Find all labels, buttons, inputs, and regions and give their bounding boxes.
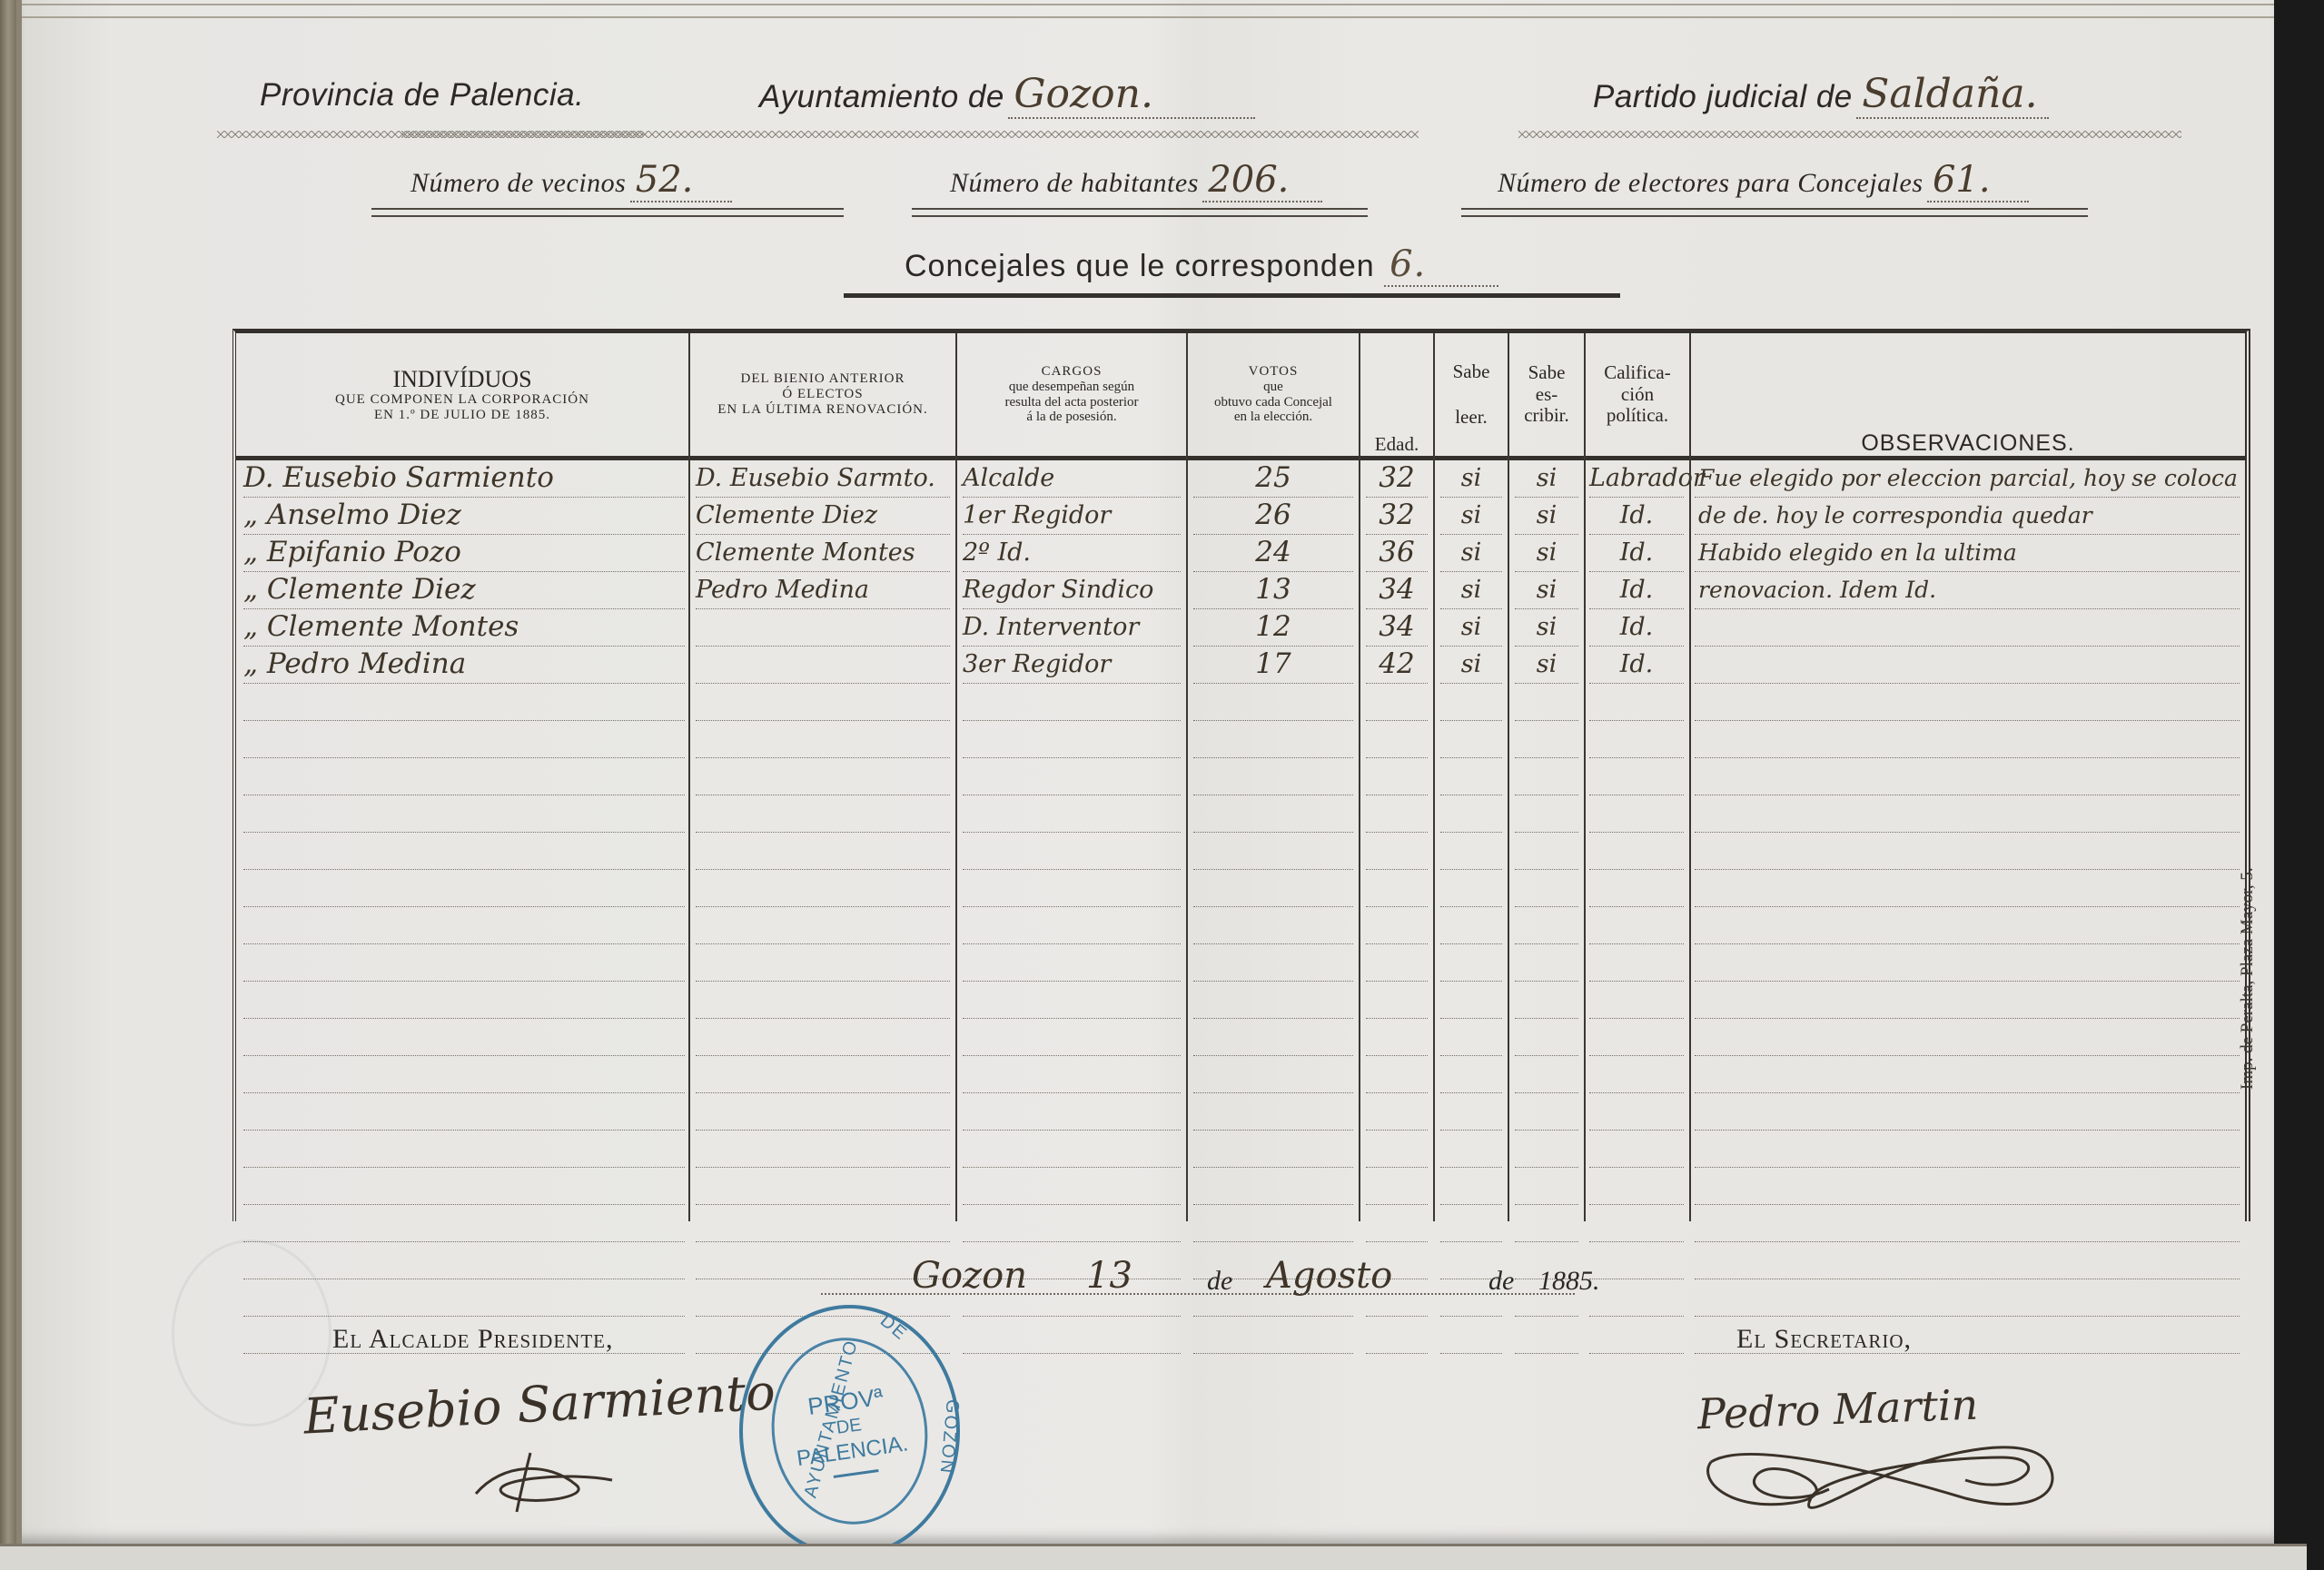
cell-votos <box>1193 1204 1353 1242</box>
cell-votos <box>1193 683 1353 721</box>
cell-cargo: Alcalde <box>963 459 1181 498</box>
cell-cargo <box>963 869 1181 907</box>
page-edge <box>22 4 2274 18</box>
cell-cargo: D. Interventor <box>963 608 1181 647</box>
table-row <box>236 982 2245 1019</box>
cell-calificacion <box>1589 683 1684 721</box>
cell-bienio <box>696 795 950 833</box>
cell-individuo <box>243 720 685 758</box>
cell-edad <box>1366 757 1428 795</box>
cell-observaciones <box>1695 757 2240 795</box>
cell-escribir <box>1515 869 1578 907</box>
cell-individuo <box>243 1204 685 1242</box>
cell-edad <box>1366 1130 1428 1168</box>
col-sabe-leer: Sabe leer. <box>1435 333 1508 456</box>
cell-cargo: 1er Regidor <box>963 497 1181 535</box>
cell-calificacion <box>1589 981 1684 1019</box>
table-row <box>236 684 2245 721</box>
cell-bienio <box>696 1204 950 1242</box>
cell-edad <box>1366 1092 1428 1131</box>
cell-escribir <box>1515 1018 1578 1056</box>
cell-individuo <box>243 1130 685 1168</box>
cell-observaciones <box>1695 869 2240 907</box>
cell-individuo <box>243 683 685 721</box>
cell-leer <box>1440 906 1502 944</box>
col-edad: Edad. <box>1360 333 1433 467</box>
cell-cargo <box>963 757 1181 795</box>
corporation-table: INDIVÍDUOS QUE COMPONEN LA CORPORACIÓN E… <box>232 329 2250 1221</box>
cell-cargo <box>963 943 1181 982</box>
cell-votos <box>1193 720 1353 758</box>
cell-observaciones <box>1695 943 2240 982</box>
cell-calificacion <box>1589 906 1684 944</box>
cell-leer: si <box>1440 608 1502 647</box>
cell-calificacion <box>1589 1130 1684 1168</box>
cell-bienio <box>696 757 950 795</box>
cell-escribir: si <box>1515 608 1578 647</box>
cell-calificacion <box>1589 795 1684 833</box>
cell-leer: si <box>1440 497 1502 535</box>
cell-calificacion <box>1589 1018 1684 1056</box>
cell-leer <box>1440 1092 1502 1131</box>
secretario-title: El Secretario, <box>1736 1324 1912 1355</box>
cell-observaciones <box>1695 646 2240 684</box>
cell-individuo: „ Epifanio Pozo <box>243 534 685 572</box>
date-day: 13 <box>1086 1255 1132 1297</box>
table-row <box>236 944 2245 982</box>
cell-observaciones <box>1695 1241 2240 1279</box>
table-body: D. Eusebio SarmientoD. Eusebio Sarmto.Al… <box>236 460 2245 1221</box>
cell-calificacion <box>1589 1055 1684 1093</box>
municipal-stamp: AYUNTAMIENTO DE GOZON PROVª DE PALENCIA. <box>739 1305 960 1557</box>
cell-individuo: „ Anselmo Diez <box>243 497 685 535</box>
cell-escribir: si <box>1515 459 1578 498</box>
cell-edad <box>1366 832 1428 870</box>
cell-edad <box>1366 943 1428 982</box>
cell-bienio <box>696 1092 950 1131</box>
table-row <box>236 758 2245 795</box>
cell-calificacion <box>1589 1167 1684 1205</box>
cell-votos <box>1193 757 1353 795</box>
cell-leer <box>1440 1130 1502 1168</box>
double-rule <box>371 208 844 217</box>
table-row <box>236 1056 2245 1093</box>
cell-escribir <box>1515 832 1578 870</box>
col-individuos: INDIVÍDUOS QUE COMPONEN LA CORPORACIÓN E… <box>236 333 688 456</box>
cell-leer <box>1440 1018 1502 1056</box>
cell-individuo <box>243 1018 685 1056</box>
cell-calificacion <box>1589 720 1684 758</box>
cell-calificacion: Id. <box>1589 497 1684 535</box>
wavy-rule <box>1518 131 2181 138</box>
date-line: Gozon 13 de Agosto de 1885. <box>821 1251 1611 1302</box>
table-row: D. Eusebio SarmientoD. Eusebio Sarmto.Al… <box>236 460 2245 498</box>
cell-cargo <box>963 683 1181 721</box>
cell-escribir <box>1515 795 1578 833</box>
cell-bienio <box>696 832 950 870</box>
cell-bienio <box>696 646 950 684</box>
cell-escribir <box>1515 720 1578 758</box>
cell-edad <box>1366 1167 1428 1205</box>
cell-individuo <box>243 943 685 982</box>
cell-leer <box>1440 795 1502 833</box>
table-row: „ Epifanio PozoClemente Montes2º Id.2436… <box>236 535 2245 572</box>
cell-bienio <box>696 1018 950 1056</box>
cell-edad <box>1366 1018 1428 1056</box>
cell-escribir <box>1515 1167 1578 1205</box>
cell-observaciones: Fue elegido por eleccion parcial, hoy se… <box>1695 459 2240 498</box>
cell-individuo: „ Pedro Medina <box>243 646 685 684</box>
alcalde-title: El Alcalde Presidente, <box>332 1324 614 1355</box>
cell-edad: 34 <box>1366 608 1428 647</box>
cell-observaciones: Habido elegido en la ultima <box>1695 534 2240 572</box>
cell-observaciones <box>1695 795 2240 833</box>
cell-votos: 13 <box>1193 571 1353 609</box>
table-row <box>236 1205 2245 1242</box>
cell-cargo <box>963 720 1181 758</box>
cell-bienio: Clemente Diez <box>696 497 950 535</box>
cell-cargo <box>963 981 1181 1019</box>
cell-edad: 42 <box>1366 646 1428 684</box>
cell-votos <box>1193 1316 1353 1354</box>
next-sheet-edge <box>0 1544 2307 1570</box>
cell-edad: 32 <box>1366 459 1428 498</box>
cell-observaciones <box>1695 981 2240 1019</box>
cell-votos <box>1193 832 1353 870</box>
cell-individuo: „ Clemente Diez <box>243 571 685 609</box>
cell-leer <box>1440 1055 1502 1093</box>
cell-leer <box>1440 869 1502 907</box>
cell-escribir <box>1515 1130 1578 1168</box>
cell-cargo <box>963 1316 1181 1354</box>
cell-observaciones <box>1695 1167 2240 1205</box>
cell-escribir: si <box>1515 646 1578 684</box>
cell-edad <box>1366 720 1428 758</box>
table-row <box>236 1093 2245 1131</box>
table-row <box>236 1168 2245 1205</box>
cell-leer: si <box>1440 534 1502 572</box>
ayuntamiento-value: Gozon. <box>1008 71 1255 119</box>
cell-leer: si <box>1440 571 1502 609</box>
cell-cargo <box>963 906 1181 944</box>
cell-edad: 32 <box>1366 497 1428 535</box>
cell-escribir: si <box>1515 571 1578 609</box>
cell-cargo <box>963 1167 1181 1205</box>
cell-edad <box>1366 906 1428 944</box>
cell-votos: 24 <box>1193 534 1353 572</box>
cell-calificacion <box>1589 1316 1684 1354</box>
cell-leer <box>1440 683 1502 721</box>
cell-votos: 25 <box>1193 459 1353 498</box>
cell-votos <box>1193 943 1353 982</box>
ayuntamiento-heading: Ayuntamiento de Gozon. <box>759 71 1255 119</box>
table-header: INDIVÍDUOS QUE COMPONEN LA CORPORACIÓN E… <box>236 333 2245 460</box>
cell-calificacion <box>1589 943 1684 982</box>
cell-calificacion: Id. <box>1589 571 1684 609</box>
cell-leer <box>1440 1316 1502 1354</box>
cell-leer <box>1440 943 1502 982</box>
cell-bienio <box>696 683 950 721</box>
alcalde-signature: Eusebio Sarmiento <box>302 1363 776 1445</box>
cell-bienio: Clemente Montes <box>696 534 950 572</box>
cell-edad <box>1366 1055 1428 1093</box>
cell-edad: 36 <box>1366 534 1428 572</box>
habitantes-value: 206. <box>1202 159 1322 202</box>
cell-cargo <box>963 832 1181 870</box>
cell-votos <box>1193 1130 1353 1168</box>
cell-observaciones <box>1695 1018 2240 1056</box>
cell-individuo: D. Eusebio Sarmiento <box>243 459 685 498</box>
cell-leer <box>1440 832 1502 870</box>
cell-observaciones <box>1695 608 2240 647</box>
cell-edad <box>1366 981 1428 1019</box>
cell-calificacion <box>1589 869 1684 907</box>
cell-votos <box>1193 906 1353 944</box>
cell-edad <box>1366 1204 1428 1242</box>
cell-escribir <box>1515 906 1578 944</box>
alcalde-rubric <box>467 1444 630 1516</box>
cell-individuo <box>243 795 685 833</box>
cell-votos <box>1193 1055 1353 1093</box>
cell-cargo <box>963 1055 1181 1093</box>
cell-leer: si <box>1440 459 1502 498</box>
table-row <box>236 1019 2245 1056</box>
cell-bienio <box>696 608 950 647</box>
cell-individuo <box>243 981 685 1019</box>
cell-observaciones <box>1695 1279 2240 1317</box>
cell-votos <box>1193 795 1353 833</box>
document-page: Provincia de Palencia. Ayuntamiento de G… <box>16 0 2274 1544</box>
cell-cargo <box>963 1204 1181 1242</box>
secretario-rubric <box>1693 1426 2074 1526</box>
cell-votos <box>1193 1092 1353 1131</box>
table-row: „ Pedro Medina3er Regidor1742sisiId. <box>236 647 2245 684</box>
cell-observaciones <box>1695 906 2240 944</box>
cell-bienio <box>696 1167 950 1205</box>
table-row <box>236 1131 2245 1168</box>
cell-votos <box>1193 1018 1353 1056</box>
cell-bienio <box>696 720 950 758</box>
cell-escribir <box>1515 1092 1578 1131</box>
cell-escribir <box>1515 683 1578 721</box>
cell-cargo: 2º Id. <box>963 534 1181 572</box>
cell-individuo <box>243 1055 685 1093</box>
wavy-rule <box>401 131 1419 138</box>
cell-escribir <box>1515 981 1578 1019</box>
table-row <box>236 795 2245 833</box>
cell-cargo <box>963 1130 1181 1168</box>
col-cargos: CARGOS que desempeñan según resulta del … <box>957 333 1186 456</box>
cell-individuo <box>243 1167 685 1205</box>
vecinos-value: 52. <box>630 159 732 202</box>
printer-imprint: Imp. de Peralta, Plaza Mayor, 5. <box>2238 867 2258 1090</box>
cell-observaciones <box>1695 1092 2240 1131</box>
cell-calificacion <box>1589 757 1684 795</box>
cell-bienio: Pedro Medina <box>696 571 950 609</box>
cell-observaciones <box>1695 1204 2240 1242</box>
table-row: „ Clemente DiezPedro MedinaRegdor Sindic… <box>236 572 2245 609</box>
col-observaciones: OBSERVACIONES. <box>1691 333 2245 469</box>
cell-individuo <box>243 869 685 907</box>
cell-observaciones: de de. hoy le correspondia quedar <box>1695 497 2240 535</box>
double-rule <box>912 208 1368 217</box>
concejales-field: Concejales que le corresponden 6. <box>905 243 1498 287</box>
table-row <box>236 907 2245 944</box>
cell-cargo <box>963 1018 1181 1056</box>
partido-value: Saldaña. <box>1856 71 2049 119</box>
cell-bienio <box>696 1055 950 1093</box>
vecinos-field: Número de vecinos 52. <box>410 159 732 202</box>
cell-calificacion: Id. <box>1589 534 1684 572</box>
cell-leer <box>1440 1167 1502 1205</box>
cell-edad: 34 <box>1366 571 1428 609</box>
cell-calificacion <box>1589 1204 1684 1242</box>
cell-calificacion <box>1589 832 1684 870</box>
table-row: „ Clemente MontesD. Interventor1234sisiI… <box>236 609 2245 647</box>
stamp-inner: PROVª DE PALENCIA. <box>759 1328 939 1535</box>
cell-bienio <box>696 1130 950 1168</box>
habitantes-field: Número de habitantes 206. <box>950 159 1322 202</box>
cell-calificacion: Labrador <box>1589 459 1684 498</box>
cell-votos <box>1193 1167 1353 1205</box>
cell-edad <box>1366 795 1428 833</box>
cell-bienio: D. Eusebio Sarmto. <box>696 459 950 498</box>
cell-cargo: 3er Regidor <box>963 646 1181 684</box>
provincia-heading: Provincia de Palencia. <box>260 77 584 114</box>
col-sabe-escribir: Sabe es- cribir. <box>1509 333 1584 456</box>
cell-individuo <box>243 757 685 795</box>
cell-calificacion: Id. <box>1589 646 1684 684</box>
date-year: 1885. <box>1538 1266 1600 1297</box>
cell-cargo: Regdor Sindico <box>963 571 1181 609</box>
cell-individuo: „ Clemente Montes <box>243 608 685 647</box>
cell-bienio <box>696 906 950 944</box>
table-row: „ Anselmo DiezClemente Diez1er Regidor26… <box>236 498 2245 535</box>
cell-votos: 26 <box>1193 497 1353 535</box>
concejales-value: 6. <box>1384 243 1498 287</box>
cell-calificacion: Id. <box>1589 608 1684 647</box>
cell-votos <box>1193 981 1353 1019</box>
cell-observaciones <box>1695 832 2240 870</box>
date-month: Agosto <box>1266 1255 1392 1297</box>
cell-observaciones <box>1695 1130 2240 1168</box>
cell-escribir: si <box>1515 497 1578 535</box>
electores-field: Número de electores para Concejales 61. <box>1498 159 2029 202</box>
cell-bienio <box>696 869 950 907</box>
cell-cargo <box>963 1092 1181 1131</box>
col-votos: VOTOS que obtuvo cada Concejal en la ele… <box>1188 333 1359 456</box>
table-row <box>236 870 2245 907</box>
col-calificacion: Califica- ción política. <box>1586 333 1689 456</box>
cell-leer: si <box>1440 646 1502 684</box>
cell-escribir <box>1515 757 1578 795</box>
cell-leer <box>1440 981 1502 1019</box>
double-rule <box>1461 208 2088 217</box>
cell-edad <box>1366 1316 1428 1354</box>
cell-edad <box>1366 869 1428 907</box>
table-row <box>236 721 2245 758</box>
table-row <box>236 833 2245 870</box>
col-bienio: DEL BIENIO ANTERIOR Ó ELECTOS EN LA ÚLTI… <box>690 333 955 456</box>
cell-escribir <box>1515 943 1578 982</box>
cell-escribir: si <box>1515 534 1578 572</box>
cell-votos: 17 <box>1193 646 1353 684</box>
electores-value: 61. <box>1927 159 2029 202</box>
cell-observaciones: renovacion. Idem Id. <box>1695 571 2240 609</box>
cell-votos <box>1193 869 1353 907</box>
cell-escribir <box>1515 1055 1578 1093</box>
cell-leer <box>1440 757 1502 795</box>
cell-edad <box>1366 683 1428 721</box>
cell-observaciones <box>1695 683 2240 721</box>
cell-individuo <box>243 1092 685 1131</box>
date-place: Gozon <box>912 1255 1027 1297</box>
cell-observaciones <box>1695 720 2240 758</box>
cell-leer <box>1440 1204 1502 1242</box>
cell-escribir <box>1515 1204 1578 1242</box>
binding-spine <box>0 0 16 1570</box>
cell-calificacion <box>1589 1092 1684 1131</box>
cell-leer <box>1440 720 1502 758</box>
cell-votos: 12 <box>1193 608 1353 647</box>
cell-bienio <box>696 943 950 982</box>
cell-individuo <box>243 832 685 870</box>
cell-bienio <box>696 981 950 1019</box>
cell-individuo <box>243 906 685 944</box>
cell-escribir <box>1515 1316 1578 1354</box>
cell-cargo <box>963 795 1181 833</box>
thick-rule <box>844 293 1620 298</box>
cell-observaciones <box>1695 1055 2240 1093</box>
partido-heading: Partido judicial de Saldaña. <box>1593 71 2049 119</box>
